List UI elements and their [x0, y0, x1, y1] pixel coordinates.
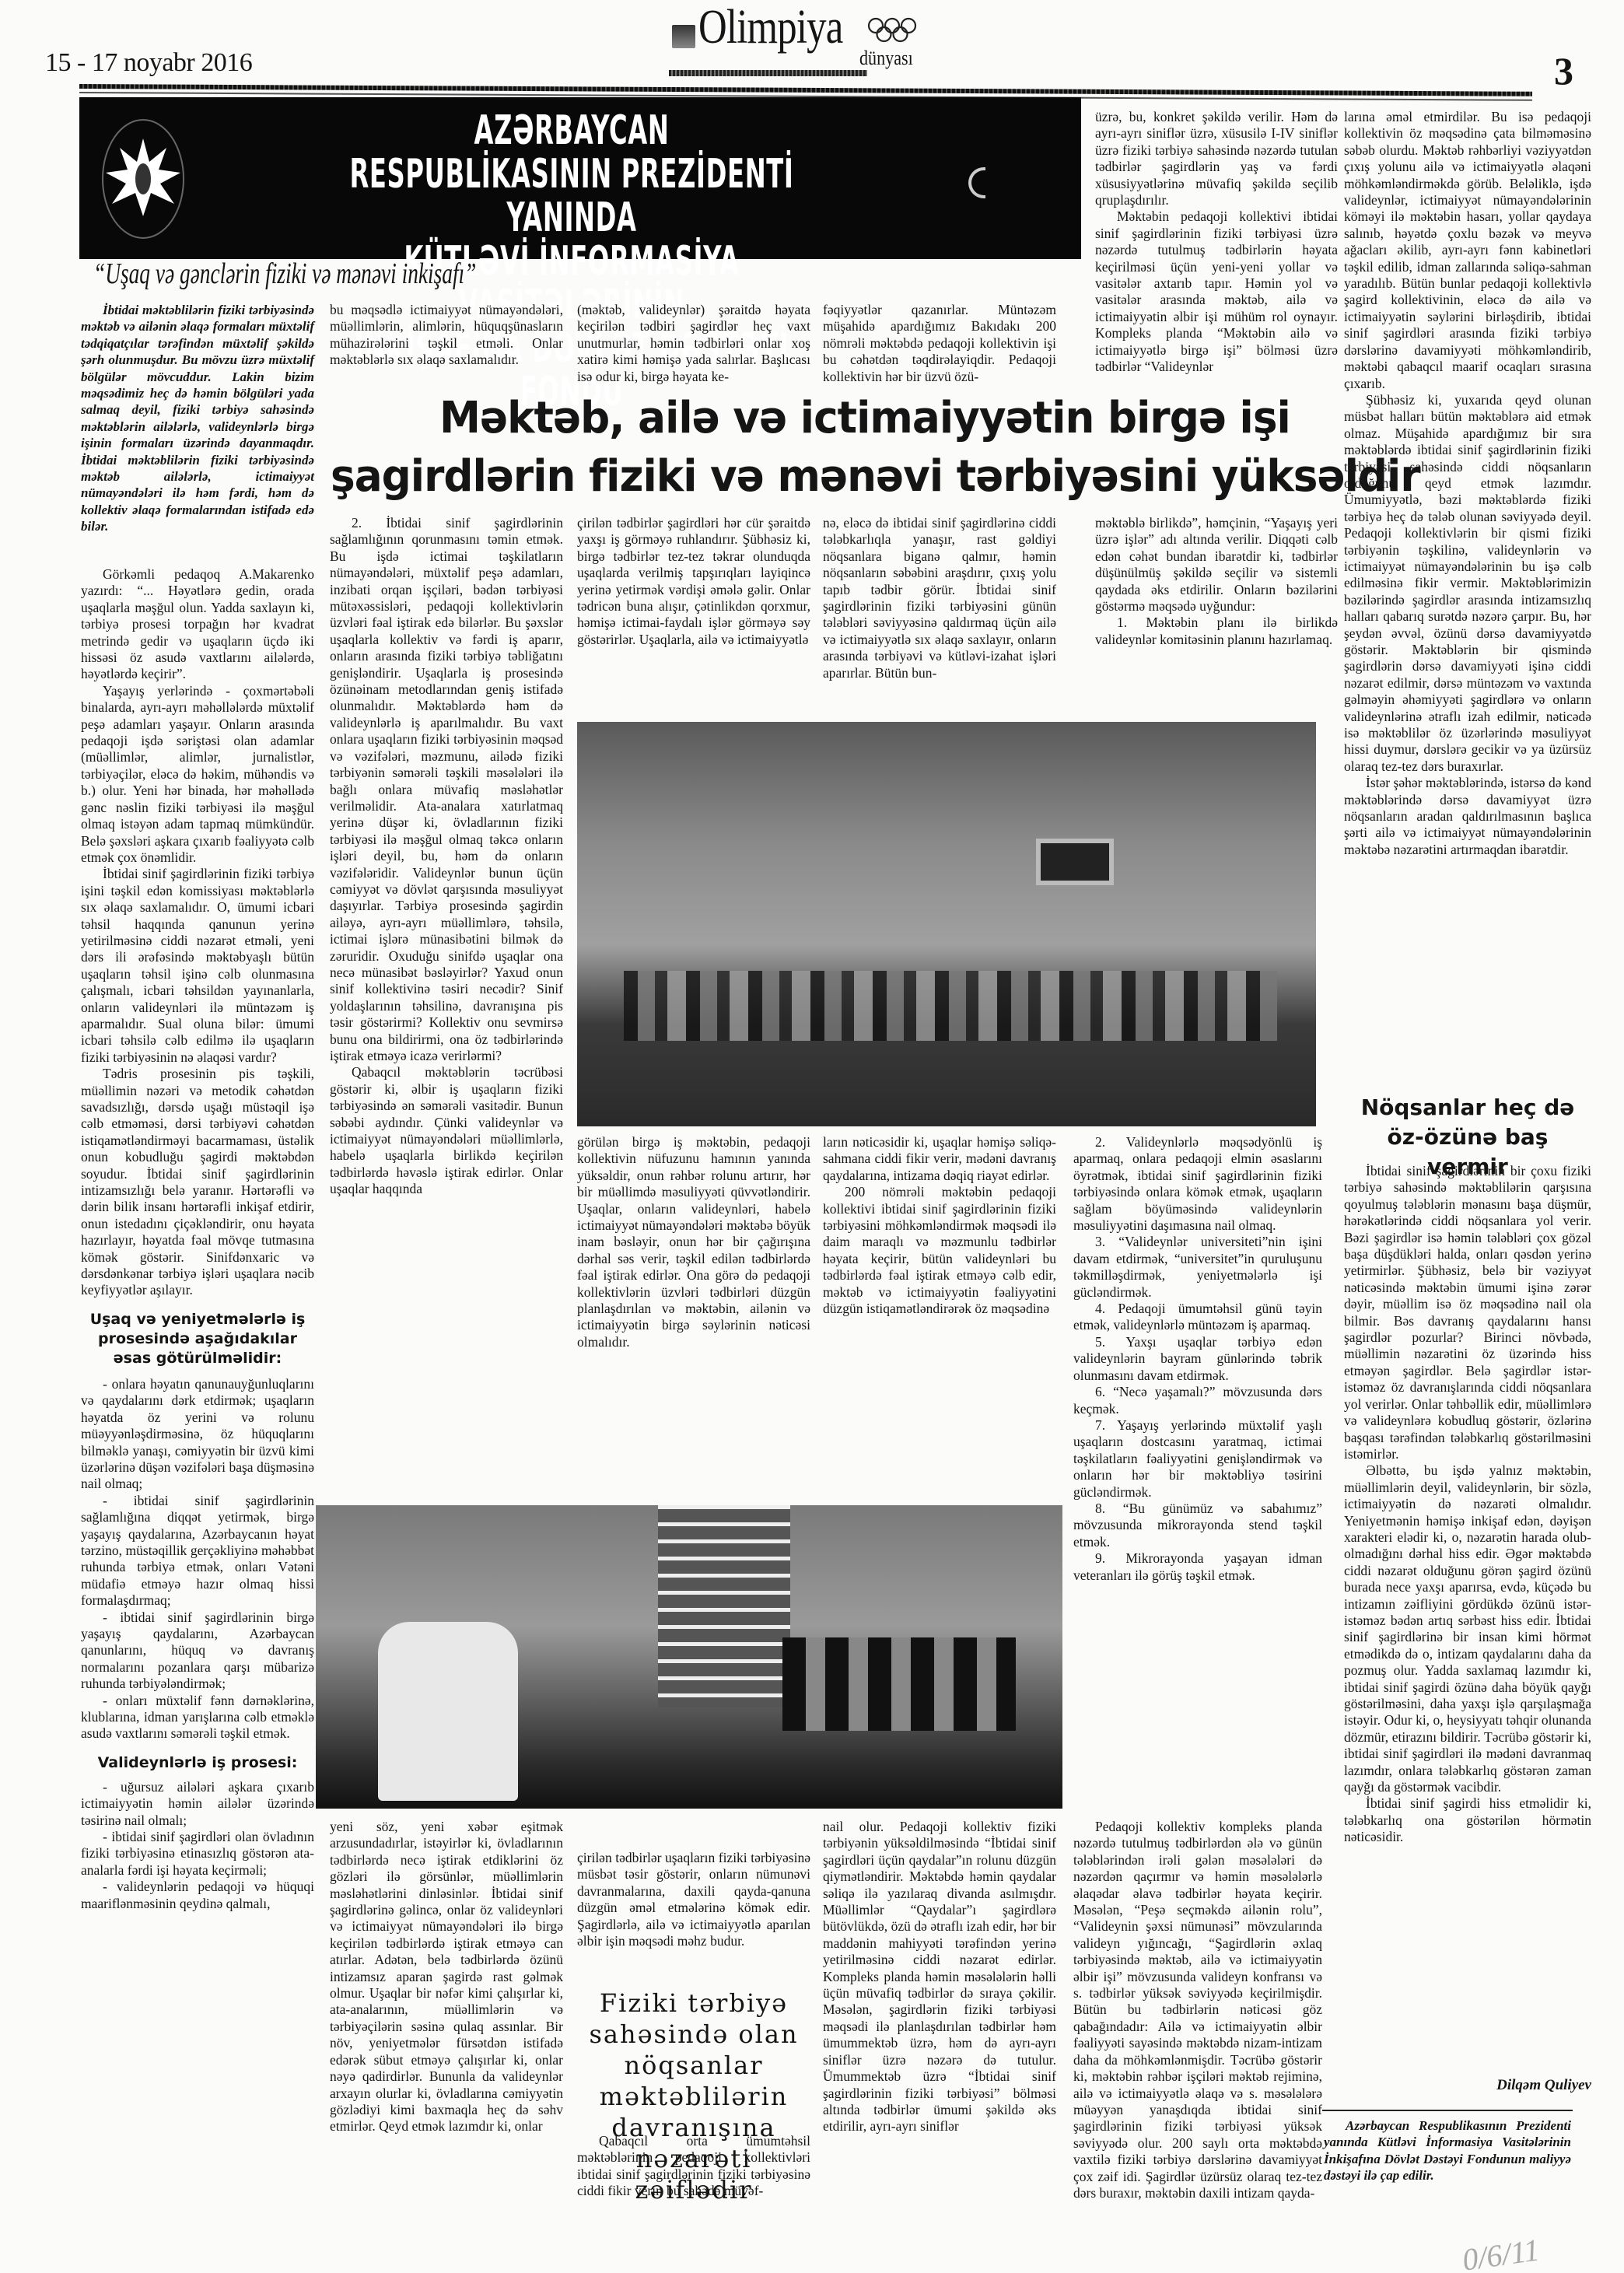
top-column-4: fəqiyyətlər qazanırlar. Müntəzəm müşahid…	[823, 302, 1056, 385]
headline-line-2: şagirdlərin fiziki və mənəvi tərbiyəsini…	[331, 451, 1420, 502]
middle-column-4: nə, eləcə də ibtidai sinif şagirdlərinə …	[823, 515, 1056, 681]
bottom-column-2: yeni söz, yeni xəbər eşitmək arzusundadı…	[330, 1819, 563, 2135]
footnote-rule	[1322, 2110, 1573, 2111]
middle-column-5: məktəblə birlikdə”, həmçinin, “Yaşayış y…	[1095, 515, 1338, 648]
middle-column-5b: 2. Valideynlərlə məqsədyönlü iş aparmaq,…	[1073, 1134, 1322, 1584]
author-byline: Dilqəm Quliyev	[1344, 2077, 1591, 2094]
photo-wallbars-gymnastics	[316, 1505, 1062, 1809]
handwritten-stamp: 0/6/11	[1460, 2231, 1542, 2273]
rubric-title: “Uşaq və gənclərin fiziki və mənəvi inki…	[93, 257, 476, 291]
photo-children-row	[782, 1637, 1016, 1731]
photo-figure-teacher	[378, 1622, 518, 1801]
top-column-2: bu məqsədlə ictimaiyyət nümayəndələri, m…	[330, 302, 563, 369]
bottom-column-5: Pedaqoji kollektiv kompleks planda nəzər…	[1073, 1819, 1322, 2201]
fund-footnote: Azərbaycan Respublikasının Prezidenti ya…	[1324, 2117, 1571, 2184]
middle-column-2: 2. İbtidai sinif şagirdlərinin sağlamlığ…	[330, 515, 563, 1198]
bottom-column-3b: Qabaqcıl orta ümumtəhsil məktəblərinin p…	[577, 2133, 810, 2200]
far-right-column-lower: İbtidai sinif şagirdlərinin bir çoxu fiz…	[1344, 1163, 1591, 1846]
newspaper-emblem-icon	[672, 25, 695, 48]
middle-column-4b: ların nəticəsidir ki, uşaqlar həmişə səl…	[823, 1134, 1056, 1317]
section-subhead-valideyn: Valideynlərlə iş prosesi:	[81, 1753, 314, 1773]
photo-wall-bars	[658, 1505, 790, 1707]
bottom-column-3: çirilən tədbirlər uşaqların fiziki tərbi…	[577, 1850, 810, 1949]
newspaper-logo-sub: dünyası	[859, 47, 913, 70]
top-column-3: (məktəb, valideynlər) şəraitdə həyata ke…	[577, 302, 810, 385]
olympic-rings-icon	[867, 17, 917, 45]
left-column: Görkəmli pedaqoq A.Makarenko yazırdı: “.…	[81, 566, 314, 1912]
photo-children-group	[624, 971, 1277, 1041]
right-column-1-top: üzrə, bu, konkret şəkildə verilir. Həm d…	[1095, 109, 1338, 376]
state-emblem-icon	[100, 117, 187, 241]
section-subhead-usaq: Uşaq və yeniyetmələrlə iş prosesində aşa…	[81, 1310, 314, 1368]
middle-column-3: çirilən tədbirlər şagirdləri hər cür şər…	[577, 515, 810, 648]
logo-underline	[669, 70, 867, 76]
photo-wall-picture	[1036, 839, 1114, 885]
lead-paragraph: İbtidai məktəblilərin fiziki tərbiyəsind…	[81, 302, 314, 535]
far-right-column: larına əməl etmirdilər. Bu isə pedaqoji …	[1344, 109, 1591, 858]
headline-line-1: Məktəb, ailə və ictimaiyyətin birgə işi	[439, 393, 1290, 443]
issue-date: 15 - 17 noyabr 2016	[45, 48, 252, 78]
newspaper-logo: Olimpiya	[698, 0, 842, 55]
page-number: 3	[1554, 48, 1573, 93]
photo-gym-class	[577, 722, 1316, 1126]
bottom-column-4: nail olur. Pedaqoji kollektiv fiziki tər…	[823, 1819, 1056, 2135]
middle-column-3b: görülən birgə iş məktəbin, pedaqoji koll…	[577, 1134, 810, 1350]
